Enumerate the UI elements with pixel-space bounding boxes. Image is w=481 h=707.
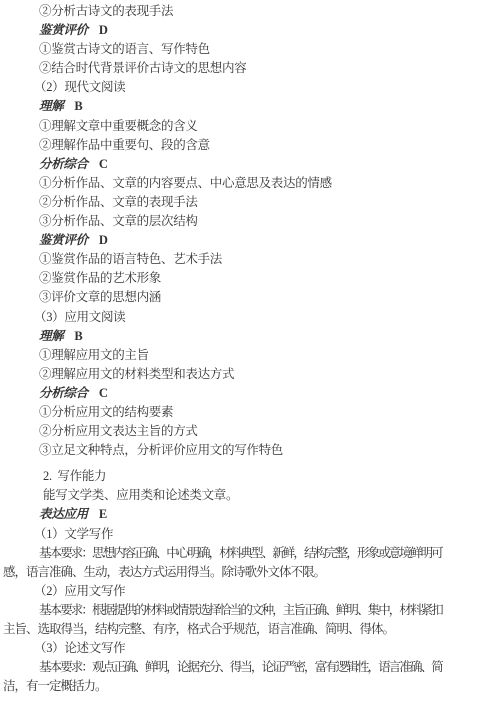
section-heading: （2）应用文写作 <box>3 582 439 601</box>
ability-level-title: 理解 <box>39 99 63 113</box>
list-item-line: ①分析作品、文章的内容要点、中心意思及表达的情感 <box>3 174 439 193</box>
ability-level-header: 理解B <box>3 97 439 116</box>
ability-level-grade: D <box>99 233 108 247</box>
list-item-line: ③评价文章的思想内涵 <box>3 288 439 307</box>
ability-level-header: 理解B <box>3 327 439 346</box>
blank-line <box>3 460 439 467</box>
ability-level-title: 表达应用 <box>39 507 88 521</box>
list-item-line: ②结合时代背景评价古诗文的思想内容 <box>3 59 439 78</box>
ability-level-title: 鉴赏评价 <box>39 233 88 247</box>
ability-level-title: 理解 <box>39 329 63 343</box>
ability-level-grade: B <box>74 99 82 113</box>
paragraph-continuation-line: 主旨、选取得当，结构完整、有序，格式合乎规范，语言准确、简明、得体。 <box>3 620 439 639</box>
section-heading: （2）现代文阅读 <box>3 78 439 97</box>
ability-level-title: 鉴赏评价 <box>39 23 88 37</box>
ability-level-header: 鉴赏评价D <box>3 21 439 40</box>
section-heading: （1）文学写作 <box>3 525 439 544</box>
list-item-line: ①鉴赏古诗文的语言、写作特色 <box>3 40 439 59</box>
section-heading: （3）应用文阅读 <box>3 308 439 327</box>
ability-level-header: 表达应用E <box>3 505 439 524</box>
ability-level-title: 分析综合 <box>39 386 88 400</box>
ability-level-grade: B <box>74 329 82 343</box>
ability-level-grade: C <box>99 157 108 171</box>
subsection-line: 2. 写作能力 <box>3 467 439 486</box>
list-item-line: ①分析应用文的结构要素 <box>3 403 439 422</box>
list-item-line: ②理解应用文的材料类型和表达方式 <box>3 365 439 384</box>
paragraph-first-line: 基本要求：根据提供的材料或情景选择恰当的文种，主旨正确、鲜明、集中，材料紧扣 <box>3 601 439 620</box>
list-item-line: ②鉴赏作品的艺术形象 <box>3 269 439 288</box>
list-item-line: ②分析应用文表达主旨的方式 <box>3 422 439 441</box>
ability-level-header: 分析综合C <box>3 384 439 403</box>
ability-level-grade: E <box>99 507 107 521</box>
paragraph-first-line: 基本要求：观点正确、鲜明，论据充分、得当，论证严密，富有逻辑性，语言准确、简 <box>3 658 439 677</box>
ability-level-grade: C <box>99 386 108 400</box>
list-item-line: ②分析作品、文章的表现手法 <box>3 193 439 212</box>
list-item-line: ③分析作品、文章的层次结构 <box>3 212 439 231</box>
list-item-line: ②分析古诗文的表现手法 <box>3 2 439 21</box>
ability-level-header: 分析综合C <box>3 155 439 174</box>
paragraph-continuation-line: 洁，有一定概括力。 <box>3 677 439 696</box>
paragraph-first-line: 基本要求：思想内容正确、中心明确，材料典型、新鲜，结构完整，形象或意境鲜明可 <box>3 544 439 563</box>
list-item-line: ②理解作品中重要句、段的含意 <box>3 136 439 155</box>
ability-level-header: 鉴赏评价D <box>3 231 439 250</box>
paragraph-continuation-line: 感，语言准确、生动，表达方式运用得当。除诗歌外文体不限。 <box>3 563 439 582</box>
list-item-line: ①鉴赏作品的语言特色、艺术手法 <box>3 250 439 269</box>
list-item-line: ①理解应用文的主旨 <box>3 346 439 365</box>
ability-level-title: 分析综合 <box>39 157 88 171</box>
subsection-line: 能写文学类、应用类和论述类文章。 <box>3 486 439 505</box>
ability-level-grade: D <box>99 23 108 37</box>
document-page: ②分析古诗文的表现手法鉴赏评价D①鉴赏古诗文的语言、写作特色②结合时代背景评价古… <box>0 0 481 707</box>
list-item-line: ①理解文章中重要概念的含义 <box>3 117 439 136</box>
section-heading: （3）论述文写作 <box>3 639 439 658</box>
list-item-line: ③立足文种特点，分析评价应用文的写作特色 <box>3 441 439 460</box>
